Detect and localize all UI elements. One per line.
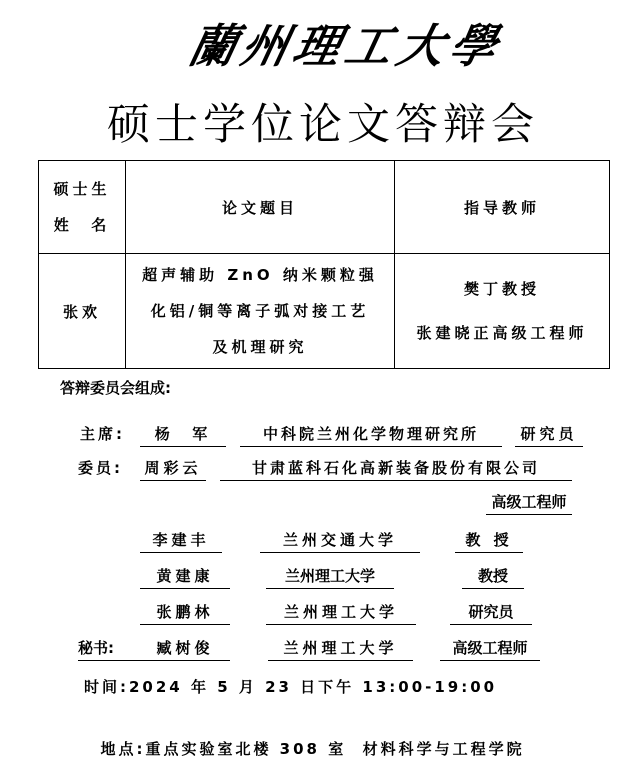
member-org: 兰州理工大学	[266, 600, 416, 625]
time-value: 2024 年 5 月 23 日下午 13:00-19:00	[129, 678, 497, 696]
member-title: 教授	[462, 564, 524, 589]
university-logo: 蘭州理工大學	[182, 10, 457, 82]
member-title: 高级工程师	[486, 490, 572, 515]
member-title: 教 授	[455, 528, 523, 553]
chair-org: 中科院兰州化学物理研究所	[240, 422, 502, 447]
thesis-title: 超声辅助 ZnO 纳米颗粒强 化铝/铜等离子弧对接工艺 及机理研究	[126, 254, 395, 369]
table-row: 张欢 超声辅助 ZnO 纳米颗粒强 化铝/铜等离子弧对接工艺 及机理研究 樊丁教…	[39, 254, 610, 369]
thesis-info-table: 硕士生 姓 名 论文题目 指导教师 张欢 超声辅助 ZnO 纳米颗粒强 化铝/铜…	[38, 160, 610, 369]
secretary-org: 兰州理工大学	[268, 636, 413, 661]
member-org: 甘肃蓝科石化高新装备股份有限公司	[220, 456, 572, 481]
member-name: 李建丰	[140, 528, 222, 553]
advisors: 樊丁教授 张建晓正高级工程师	[395, 254, 610, 369]
header-student: 硕士生 姓 名	[39, 161, 126, 254]
place-value: 重点实验室北楼 308 室 材料科学与工程学院	[145, 740, 524, 758]
secretary-name: 臧树俊	[140, 636, 230, 661]
secretary-title: 高级工程师	[440, 636, 540, 661]
member-name: 黄建康	[140, 564, 230, 589]
time-label: 时间:	[84, 678, 129, 696]
members-label: 委员:	[78, 456, 123, 480]
place-label: 地点:	[100, 740, 145, 758]
time-line: 时间:2024 年 5 月 23 日下午 13:00-19:00	[84, 676, 497, 697]
committee-heading: 答辩委员会组成:	[60, 377, 171, 398]
member-org: 兰州理工大学	[266, 564, 394, 589]
table-header-row: 硕士生 姓 名 论文题目 指导教师	[39, 161, 610, 254]
header-thesis: 论文题目	[126, 161, 395, 254]
member-title: 研究员	[450, 600, 532, 625]
chair-name: 杨 军	[140, 422, 226, 447]
student-name: 张欢	[39, 254, 126, 369]
place-line: 地点:重点实验室北楼 308 室 材料科学与工程学院	[84, 720, 525, 759]
header-advisor: 指导教师	[395, 161, 610, 254]
member-name: 张鹏林	[140, 600, 230, 625]
page-title: 硕士学位论文答辩会	[88, 92, 558, 158]
chair-title: 研究员	[515, 422, 583, 447]
member-org: 兰州交通大学	[260, 528, 420, 553]
member-name: 周彩云	[140, 456, 206, 481]
chair-label: 主席:	[80, 422, 125, 446]
